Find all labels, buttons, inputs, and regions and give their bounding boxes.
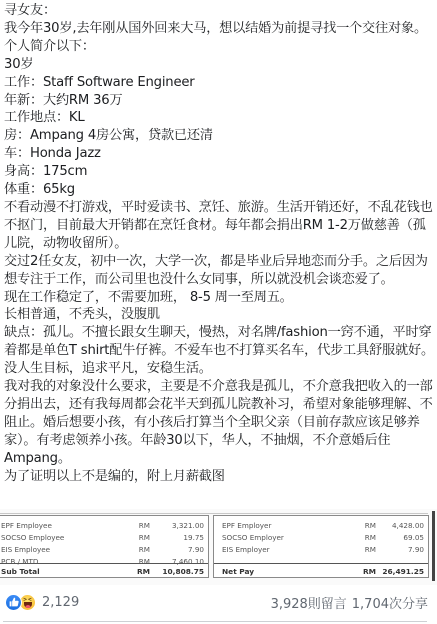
post-line-intro: 我今年30岁,去年刚从国外回来大马，想以结婚为前提寻找一个交往对象。个人简介以下… <box>4 20 434 56</box>
payslip-edge <box>432 511 435 581</box>
row-amount: 19.75 <box>183 533 204 542</box>
like-icon <box>5 594 22 611</box>
post-body: 寻女友： 我今年30岁,去年刚从国外回来大马，想以结婚为前提寻找一个交往对象。个… <box>4 2 434 485</box>
payslip-row: SOCSO Employee RM 19.75 <box>0 531 208 543</box>
reactions-summary[interactable]: >< 2,129 <box>5 591 79 613</box>
post-line-title: 寻女友： <box>4 2 434 20</box>
payslip-row: EPF Employer RM 4,428.00 <box>214 519 428 531</box>
payslip-divider <box>0 513 428 514</box>
row-amount: 7.90 <box>188 545 204 554</box>
post-line-house: 房：Ampang 4房公寓，贷款已还清 <box>4 127 434 145</box>
total-currency: RM <box>137 567 150 576</box>
row-amount: 7.90 <box>408 545 424 554</box>
payslip-row: EIS Employer RM 7.90 <box>214 543 428 555</box>
total-label: Sub Total <box>1 567 40 576</box>
footer-divider <box>3 621 427 622</box>
row-label: SOCSO Employer <box>222 533 284 542</box>
row-currency: RM <box>365 545 376 554</box>
total-amount: 10,808.75 <box>162 567 204 576</box>
row-label: EIS Employee <box>1 545 50 554</box>
payslip-employer-table: EPF Employer RM 4,428.00 SOCSO Employer … <box>213 515 429 578</box>
total-amount: 26,491.25 <box>382 567 424 576</box>
row-currency: RM <box>139 545 150 554</box>
post-line-requirements: 我对我的对象没什么要求，主要是不介意我是孤儿，不介意我把收入的一部分捐出去，还有… <box>4 378 434 468</box>
post-line-weight: 体重：65kg <box>4 181 434 199</box>
post-line-height: 身高：175cm <box>4 163 434 181</box>
post-line-proof: 为了证明以上不是编的，附上月薪截图 <box>4 468 434 486</box>
post-line-weaknesses: 缺点：孤儿。不擅长跟女生聊天，慢热，对名牌/fashion一窍不通，平时穿着都是… <box>4 324 434 378</box>
post-stats: 3,928則留言 1,704次分享 <box>271 591 428 613</box>
payslip-row: EIS Employee RM 7.90 <box>0 543 208 555</box>
payslip-row: SOCSO Employer RM 69.05 <box>214 531 428 543</box>
post-line-job: 工作：Staff Software Engineer <box>4 74 434 92</box>
row-amount: 3,321.00 <box>172 521 204 530</box>
reaction-count[interactable]: 2,129 <box>42 595 79 610</box>
shares-count-link[interactable]: 1,704次分享 <box>352 593 428 612</box>
post-line-looks: 长相普通，不秃头，没腹肌 <box>4 306 434 324</box>
row-amount: 69.05 <box>403 533 424 542</box>
total-label: Net Pay <box>222 567 254 576</box>
payslip-screenshot[interactable]: EPF Employee RM 3,321.00 SOCSO Employee … <box>0 509 437 585</box>
comments-count-link[interactable]: 3,928則留言 <box>271 593 347 612</box>
row-currency: RM <box>365 533 376 542</box>
row-currency: RM <box>139 521 150 530</box>
row-currency: RM <box>365 521 376 530</box>
total-currency: RM <box>363 567 376 576</box>
post-line-salary: 年新：大约RM 36万 <box>4 92 434 110</box>
payslip-subtotal-row: Sub Total RM 10,808.75 <box>0 563 208 577</box>
post-line-car: 车：Honda Jazz <box>4 145 434 163</box>
payslip-deductions-table: EPF Employee RM 3,321.00 SOCSO Employee … <box>0 515 209 578</box>
post-line-history: 交过2任女友，初中一次，大学一次，都是毕业后异地恋而分手。之后因为想专注于工作，… <box>4 253 434 289</box>
post-line-location: 工作地点：KL <box>4 109 434 127</box>
post-line-work: 现在工作稳定了，不需要加班， 8-5 周一至周五。 <box>4 289 434 307</box>
row-label: SOCSO Employee <box>1 533 64 542</box>
payslip-row: EPF Employee RM 3,321.00 <box>0 519 208 531</box>
row-label: EPF Employer <box>222 521 271 530</box>
row-label: EIS Employer <box>222 545 270 554</box>
row-currency: RM <box>139 533 150 542</box>
row-label: EPF Employee <box>1 521 52 530</box>
payslip-netpay-row: Net Pay RM 26,491.25 <box>214 563 428 577</box>
post-line-hobbies: 不看动漫不打游戏，平时爱读书、烹饪、旅游。生活开销还好，不乱花钱也不抠门，目前最… <box>4 199 434 253</box>
row-amount: 4,428.00 <box>392 521 424 530</box>
post-line-age: 30岁 <box>4 56 434 74</box>
